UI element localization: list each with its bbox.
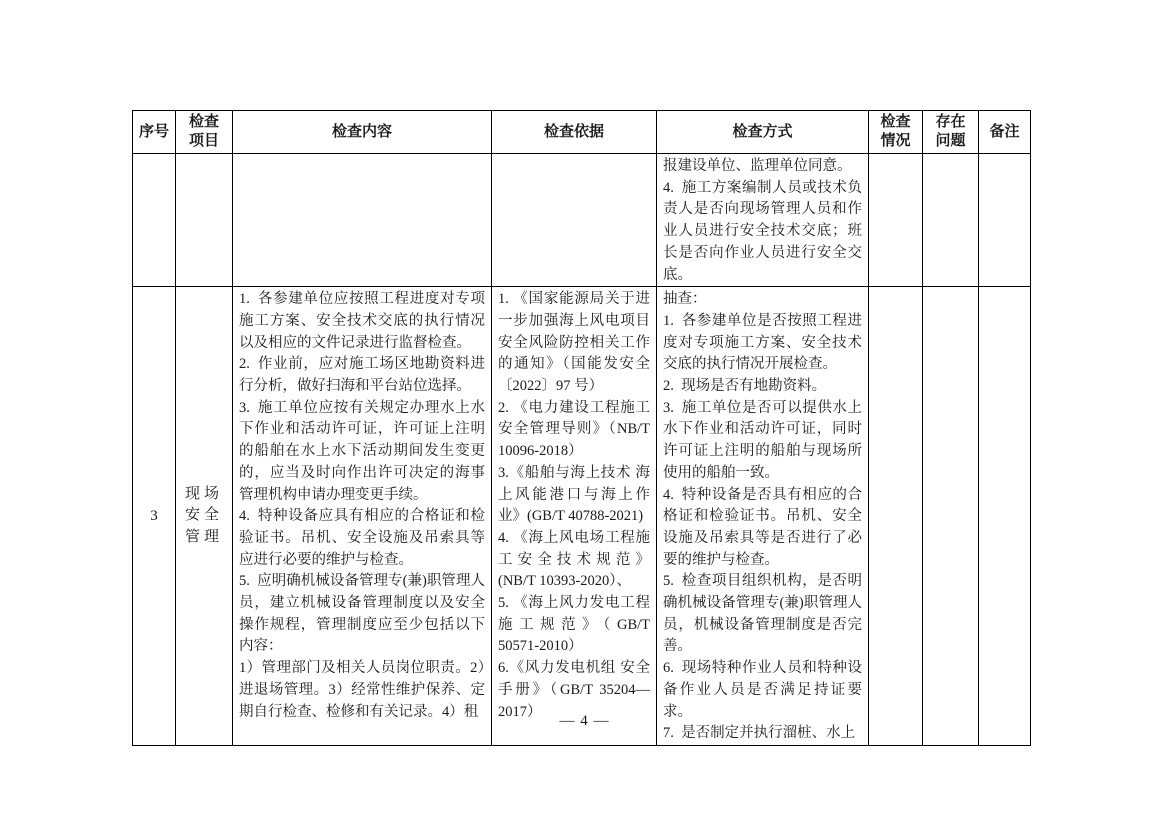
paragraph: 报建设单位、监理单位同意。 bbox=[663, 156, 862, 178]
cell-row3-problem bbox=[923, 287, 979, 746]
cell-row3-method: 抽查：1. 各参建单位是否按照工程进度对专项施工方案、安全技术交底的执行情况开展… bbox=[657, 287, 869, 746]
header-problem: 存在 问题 bbox=[923, 111, 979, 154]
paragraph: 1. 各参建单位应按照工程进度对专项施工方案、安全技术交底的执行情况以及相应的文… bbox=[239, 289, 485, 354]
paragraph: 2. 《电力建设工程施工安全管理导则》（NB/T 10096-2018） bbox=[498, 398, 650, 463]
paragraph: 3.《船舶与海上技术 海上风能港口与海上作业》(GB/T 40788-2021) bbox=[498, 463, 650, 528]
paragraph: 4. 特种设备应具有相应的合格证和检验证书。吊机、安全设施及吊索具等应进行必要的… bbox=[239, 506, 485, 571]
cell-row1-index bbox=[133, 154, 176, 287]
cell-row1-problem bbox=[923, 154, 979, 287]
header-method: 检查方式 bbox=[657, 111, 869, 154]
cell-row1-status bbox=[869, 154, 923, 287]
paragraph: 2. 作业前，应对施工场区地勘资料进行分析，做好扫海和平台站位选择。 bbox=[239, 354, 485, 397]
cell-row3-note bbox=[979, 287, 1031, 746]
cell-row1-item bbox=[176, 154, 233, 287]
table-header-row: 序号 检查 项目 检查内容 检查依据 检查方式 检查 情况 存在 问题 备注 bbox=[133, 111, 1031, 154]
header-index: 序号 bbox=[133, 111, 176, 154]
table-row-3: 3 现场 安全 管理 1. 各参建单位应按照工程进度对专项施工方案、安全技术交底… bbox=[133, 287, 1031, 746]
cell-row3-item: 现场 安全 管理 bbox=[176, 287, 233, 746]
paragraph: 2. 现场是否有地勘资料。 bbox=[663, 376, 862, 398]
cell-row3-basis: 1. 《国家能源局关于进一步加强海上风电项目安全风险防控相关工作的通知》（国能发… bbox=[492, 287, 657, 746]
header-status: 检查 情况 bbox=[869, 111, 923, 154]
cell-row3-status bbox=[869, 287, 923, 746]
paragraph: 5. 《海上风力发电工程施工规范》（GB/T 50571-2010） bbox=[498, 593, 650, 658]
cell-row1-basis bbox=[492, 154, 657, 287]
paragraph: 3. 施工单位是否可以提供水上水下作业和活动许可证，同时许可证上注明的船舶与现场… bbox=[663, 398, 862, 485]
cell-row3-content: 1. 各参建单位应按照工程进度对专项施工方案、安全技术交底的执行情况以及相应的文… bbox=[233, 287, 492, 746]
header-item: 检查 项目 bbox=[176, 111, 233, 154]
paragraph: 5. 应明确机械设备管理专(兼)职管理人员，建立机械设备管理制度以及安全操作规程… bbox=[239, 571, 485, 658]
paragraph: 1. 各参建单位是否按照工程进度对专项施工方案、安全技术交底的执行情况开展检查。 bbox=[663, 311, 862, 376]
cell-row1-note bbox=[979, 154, 1031, 287]
header-basis: 检查依据 bbox=[492, 111, 657, 154]
paragraph: 3. 施工单位应按有关规定办理水上水下作业和活动许可证，许可证上注明的船舶在水上… bbox=[239, 398, 485, 507]
cell-row1-content bbox=[233, 154, 492, 287]
inspection-table: 序号 检查 项目 检查内容 检查依据 检查方式 检查 情况 存在 问题 备注 报… bbox=[132, 110, 1031, 746]
paragraph: 抽查： bbox=[663, 289, 862, 311]
paragraph: 4. 特种设备是否具有相应的合格证和检验证书。吊机、安全设施及吊索具等是否进行了… bbox=[663, 485, 862, 572]
cell-row1-method: 报建设单位、监理单位同意。4. 施工方案编制人员或技术负责人是否向现场管理人员和… bbox=[657, 154, 869, 287]
header-note: 备注 bbox=[979, 111, 1031, 154]
paragraph: 4. 施工方案编制人员或技术负责人是否向现场管理人员和作业人员进行安全技术交底；… bbox=[663, 178, 862, 287]
page-number: — 4 — bbox=[0, 713, 1169, 730]
paragraph: 5. 检查项目组织机构，是否明确机械设备管理专(兼)职管理人员，机械设备管理制度… bbox=[663, 571, 862, 658]
cell-row3-index: 3 bbox=[133, 287, 176, 746]
paragraph: 4. 《海上风电场工程施工安全技术规范》(NB/T 10393-2020）、 bbox=[498, 528, 650, 593]
paragraph: 1. 《国家能源局关于进一步加强海上风电项目安全风险防控相关工作的通知》（国能发… bbox=[498, 289, 650, 398]
table-row-continuation: 报建设单位、监理单位同意。4. 施工方案编制人员或技术负责人是否向现场管理人员和… bbox=[133, 154, 1031, 287]
document-page: 序号 检查 项目 检查内容 检查依据 检查方式 检查 情况 存在 问题 备注 报… bbox=[0, 0, 1169, 827]
header-content: 检查内容 bbox=[233, 111, 492, 154]
